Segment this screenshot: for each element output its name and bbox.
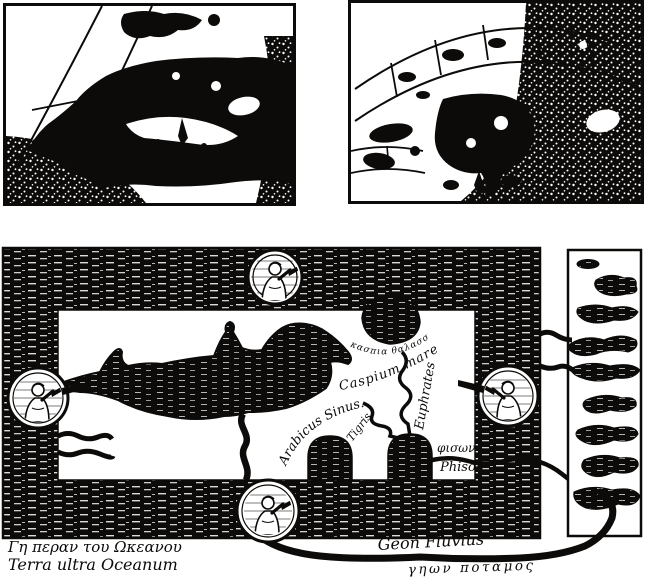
island [155, 139, 161, 145]
terra-ultra-oceanum-label-latin: Terra ultra Oceanum [8, 555, 178, 574]
cosmas-world-map: κασπια θαλασσα Caspium mare Arabicus Sin… [0, 240, 645, 579]
inland-lake [494, 116, 508, 130]
terra-ultra-oceanum-label-greek: Γη περαν του Ωκεανου [7, 538, 182, 556]
island [443, 180, 459, 190]
island [208, 14, 220, 26]
inland-lake [466, 138, 476, 148]
arabian-gulf [308, 436, 352, 480]
engraving-panel-top-right [348, 0, 644, 204]
inland-lake [211, 81, 221, 91]
island [501, 175, 521, 187]
island [201, 143, 207, 149]
caspian-sea [362, 296, 420, 344]
geon-label-greek: γηων ποταμος [408, 558, 536, 578]
terra-beyond-ocean-panel [540, 250, 641, 536]
inland-lake [579, 41, 587, 49]
wind-medallion-north [248, 250, 303, 304]
persian-gulf [388, 434, 432, 480]
island [410, 146, 420, 156]
phison-label-greek: φισων [437, 441, 475, 455]
phison-label-latin: Phison [439, 460, 484, 475]
paradise-river-crossing [540, 366, 574, 371]
inland-lake [172, 72, 180, 80]
engraving-panel-top-left [3, 3, 296, 206]
wind-medallion-south [237, 480, 299, 542]
